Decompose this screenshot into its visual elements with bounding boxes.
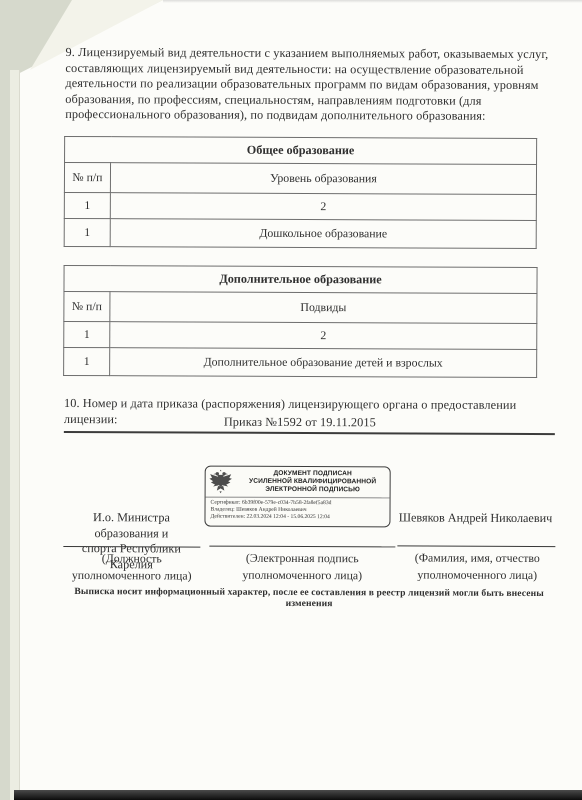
table-row: 1 Дополнительное образование детей и взр…	[64, 347, 537, 377]
table-title-row: Общее образование	[65, 136, 537, 164]
stamp-title-line1: ДОКУМЕНТ ПОДПИСАН	[273, 470, 351, 477]
stamp-details: Сертификат: 6b39f00e-579e-c034-7b58-2fa8…	[205, 498, 389, 521]
col-subtypes-header: Подвиды	[110, 292, 537, 324]
document-content: 9. Лицензируемый вид деятельности с указ…	[0, 0, 582, 800]
esign-caption-line2: уполномоченного лица)	[242, 567, 362, 582]
scan-bottom-edge	[14, 790, 582, 800]
stamp-header: ДОКУМЕНТ ПОДПИСАН УСИЛЕННОЙ КВАЛИФИЦИРОВ…	[206, 467, 390, 499]
table-header-row: № п/п Уровень образования	[64, 162, 536, 194]
name-underline	[397, 545, 555, 547]
cell-number: 1	[64, 218, 110, 246]
stamp-title-line2: УСИЛЕННОЙ КВАЛИФИЦИРОВАННОЙ	[249, 478, 376, 486]
cell-value: Дошкольное образование	[110, 219, 536, 249]
table-title-row: Дополнительное образование	[64, 265, 537, 293]
cell-number: 1	[64, 321, 110, 347]
paragraph-9: 9. Лицензируемый вид деятельности с указ…	[65, 45, 552, 125]
table-row: 1 2	[64, 192, 536, 220]
col-number-header: № п/п	[64, 162, 110, 192]
signer-position-line1: И.о. Министра образования и	[93, 510, 170, 540]
scanned-license-extract-page: { "colors":{"scanner_bg":"#d6d9cc","pape…	[0, 0, 582, 800]
russian-coat-of-arms-icon	[206, 470, 236, 494]
order-underline	[64, 431, 555, 435]
esign-caption-line1: (Электронная подпись	[246, 551, 359, 565]
electronic-signature-stamp: ДОКУМЕНТ ПОДПИСАН УСИЛЕННОЙ КВАЛИФИЦИРОВ…	[204, 466, 390, 528]
stamp-validity: Действителен: 22.03.2024 12:04 - 15.06.2…	[210, 513, 389, 521]
order-number: Приказ №1592 от 19.11.2015	[64, 414, 536, 432]
cell-value: 2	[110, 193, 536, 221]
esign-caption: (Электронная подпись уполномоченного лиц…	[209, 550, 395, 584]
table-title: Общее образование	[65, 136, 537, 164]
cell-number: 1	[64, 192, 110, 218]
stamp-title: ДОКУМЕНТ ПОДПИСАН УСИЛЕННОЙ КВАЛИФИЦИРОВ…	[236, 470, 390, 495]
esign-underline	[209, 546, 395, 548]
general-education-table: Общее образование № п/п Уровень образова…	[64, 136, 537, 249]
signer-name: Шевяков Андрей Николаевич	[394, 510, 556, 526]
informational-footnote: Выписка носит информационный характер, п…	[63, 586, 555, 610]
additional-education-table: Дополнительное образование № п/п Подвиды…	[63, 265, 537, 378]
name-caption-line2: уполномоченного лица)	[417, 567, 537, 582]
cell-value: 2	[110, 322, 537, 350]
position-caption-line1: (Должность	[102, 551, 162, 565]
col-number-header: № п/п	[64, 291, 110, 321]
table-row: 1 2	[64, 321, 537, 349]
cell-value: Дополнительное образование детей и взрос…	[110, 348, 537, 378]
name-caption: (Фамилия, имя, отчество уполномоченного …	[397, 549, 557, 583]
name-caption-line1: (Фамилия, имя, отчество	[415, 551, 540, 566]
col-level-header: Уровень образования	[110, 163, 536, 195]
cell-number: 1	[64, 347, 110, 375]
table-header-row: № п/п Подвиды	[64, 291, 537, 323]
table-row: 1 Дошкольное образование	[64, 218, 536, 248]
position-caption: (Должность уполномоченного лица)	[59, 550, 204, 584]
table-title: Дополнительное образование	[64, 265, 537, 293]
position-caption-line2: уполномоченного лица)	[72, 568, 192, 583]
stamp-title-line3: ЭЛЕКТРОННОЙ ПОДПИСЬЮ	[265, 486, 360, 493]
